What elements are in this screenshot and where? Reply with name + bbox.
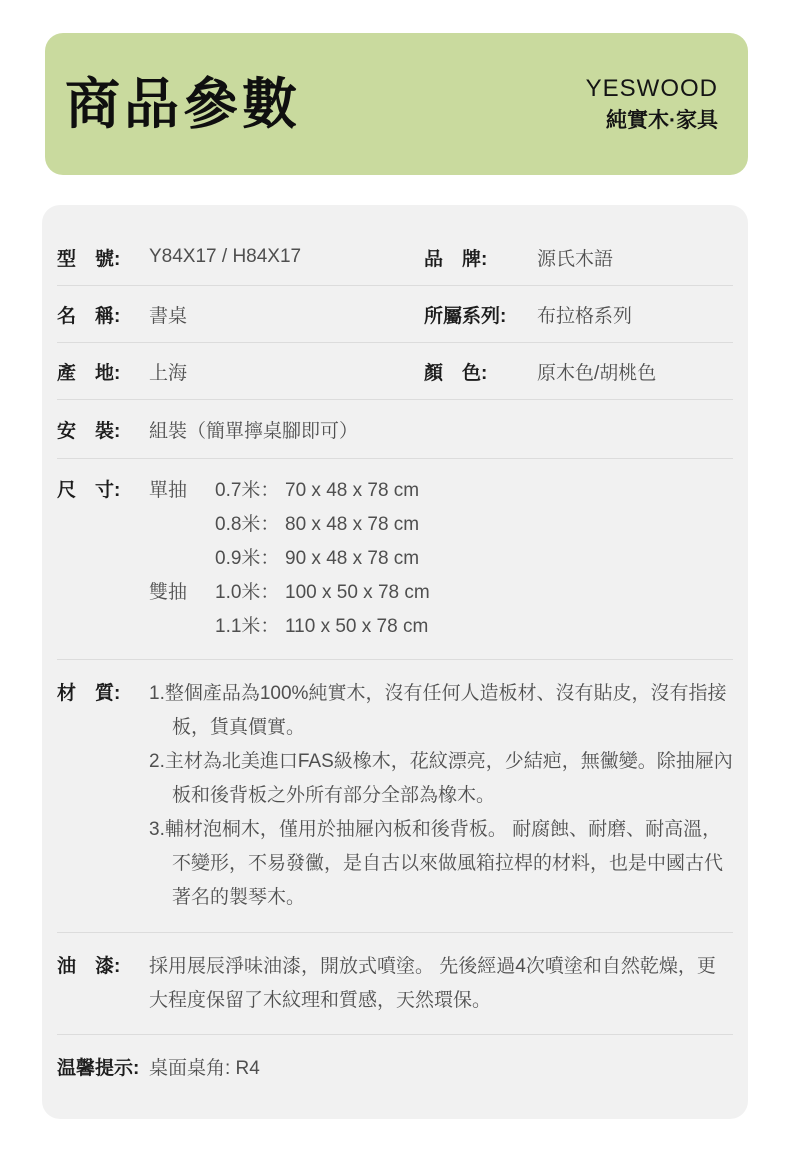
- dim-group-single-drawer: 單抽: [149, 474, 215, 508]
- header-banner: 商品參數 YESWOOD 純實木·家具: [45, 33, 748, 175]
- spec-value-brand: 源氏木語: [537, 244, 613, 271]
- spec-label-dimensions: 尺 寸:: [57, 474, 149, 508]
- spec-row-model-brand: 型 號: Y84X17 / H84X17 品 牌: 源氏木語: [57, 229, 733, 286]
- paint-paragraph: 採用展辰淨味油漆，開放式噴塗。 先後經過4次噴塗和自然乾燥，更大程度保留了木紋理…: [149, 950, 733, 1018]
- dim-size: 0.9米：: [215, 542, 285, 576]
- spec-row-assembly: 安 裝: 組裝（簡單擰桌腳即可）: [57, 400, 733, 459]
- field-brand: 品 牌: 源氏木語: [424, 244, 733, 271]
- spec-value-origin: 上海: [149, 358, 187, 385]
- spec-label-color: 顏 色:: [424, 358, 537, 385]
- spec-label-material: 材 質:: [57, 677, 149, 711]
- dim-group-spacer: [149, 542, 215, 576]
- spec-label-origin: 產 地:: [57, 358, 149, 385]
- spec-value-name: 書桌: [149, 301, 187, 328]
- material-paragraph-1: 1.整個產品為100%純實木，沒有任何人造板材、沒有貼皮，沒有指接板，貨真價實。: [149, 677, 733, 745]
- spec-label-assembly: 安 裝:: [57, 416, 149, 443]
- spec-label-paint: 油 漆:: [57, 950, 149, 984]
- field-origin: 產 地: 上海: [57, 358, 424, 385]
- dimension-line: 單抽 0.7米： 70 x 48 x 78 cm: [149, 474, 430, 508]
- field-series: 所屬系列: 布拉格系列: [424, 301, 733, 328]
- dim-value: 110 x 50 x 78 cm: [285, 610, 428, 644]
- spec-panel: 型 號: Y84X17 / H84X17 品 牌: 源氏木語 名 稱: 書桌 所…: [42, 205, 748, 1119]
- dimension-line: 0.9米： 90 x 48 x 78 cm: [149, 542, 430, 576]
- field-name: 名 稱: 書桌: [57, 301, 424, 328]
- spec-row-material: 材 質: 1.整個產品為100%純實木，沒有任何人造板材、沒有貼皮，沒有指接板，…: [57, 660, 733, 933]
- spec-row-origin-color: 產 地: 上海 顏 色: 原木色/胡桃色: [57, 343, 733, 400]
- material-paragraph-2: 2.主材為北美進口FAS級橡木，花紋漂亮，少結疤，無黴變。除抽屜內板和後背板之外…: [149, 745, 733, 813]
- material-paragraph-3: 3.輔材泡桐木，僅用於抽屜內板和後背板。 耐腐蝕、耐磨、耐高溫，不變形，不易發黴…: [149, 813, 733, 915]
- dimension-line: 1.1米： 110 x 50 x 78 cm: [149, 610, 430, 644]
- spec-value-color: 原木色/胡桃色: [537, 358, 656, 385]
- dimensions-list: 單抽 0.7米： 70 x 48 x 78 cm 0.8米： 80 x 48 x…: [149, 474, 430, 644]
- spec-row-paint: 油 漆: 採用展辰淨味油漆，開放式噴塗。 先後經過4次噴塗和自然乾燥，更大程度保…: [57, 933, 733, 1035]
- dim-group-double-drawer: 雙抽: [149, 576, 215, 610]
- brand-block: YESWOOD 純實木·家具: [586, 76, 718, 132]
- dim-value: 70 x 48 x 78 cm: [285, 474, 419, 508]
- dim-size: 0.8米：: [215, 508, 285, 542]
- paint-text: 採用展辰淨味油漆，開放式噴塗。 先後經過4次噴塗和自然乾燥，更大程度保留了木紋理…: [149, 950, 733, 1018]
- dim-value: 80 x 48 x 78 cm: [285, 508, 419, 542]
- dim-group-spacer: [149, 610, 215, 644]
- dim-size: 1.1米：: [215, 610, 285, 644]
- field-color: 顏 色: 原木色/胡桃色: [424, 358, 733, 385]
- page-title: 商品參數: [65, 77, 301, 132]
- dim-group-spacer: [149, 508, 215, 542]
- spec-label-name: 名 稱:: [57, 301, 149, 328]
- dim-value: 90 x 48 x 78 cm: [285, 542, 419, 576]
- spec-label-series: 所屬系列:: [424, 301, 537, 328]
- spec-value-model: Y84X17 / H84X17: [149, 246, 301, 268]
- dimension-line: 雙抽 1.0米： 100 x 50 x 78 cm: [149, 576, 430, 610]
- spec-row-tip: 温馨提示: 桌面桌角: R4: [57, 1035, 733, 1083]
- spec-value-series: 布拉格系列: [537, 301, 632, 328]
- spec-row-name-series: 名 稱: 書桌 所屬系列: 布拉格系列: [57, 286, 733, 343]
- spec-label-model: 型 號:: [57, 244, 149, 271]
- material-paragraphs: 1.整個產品為100%純實木，沒有任何人造板材、沒有貼皮，沒有指接板，貨真價實。…: [149, 677, 733, 915]
- field-model: 型 號: Y84X17 / H84X17: [57, 244, 424, 271]
- brand-name: YESWOOD: [586, 76, 718, 102]
- spec-label-tip: 温馨提示:: [57, 1053, 149, 1080]
- dimension-line: 0.8米： 80 x 48 x 78 cm: [149, 508, 430, 542]
- spec-row-dimensions: 尺 寸: 單抽 0.7米： 70 x 48 x 78 cm 0.8米： 80 x…: [57, 459, 733, 660]
- dim-value: 100 x 50 x 78 cm: [285, 576, 430, 610]
- dim-size: 0.7米：: [215, 474, 285, 508]
- product-spec-sheet: 商品參數 YESWOOD 純實木·家具 型 號: Y84X17 / H84X17…: [0, 0, 790, 1153]
- spec-value-assembly: 組裝（簡單擰桌腳即可）: [149, 416, 358, 443]
- brand-tagline: 純實木·家具: [586, 109, 718, 132]
- dim-size: 1.0米：: [215, 576, 285, 610]
- spec-label-brand: 品 牌:: [424, 244, 537, 271]
- spec-value-tip: 桌面桌角: R4: [149, 1053, 260, 1080]
